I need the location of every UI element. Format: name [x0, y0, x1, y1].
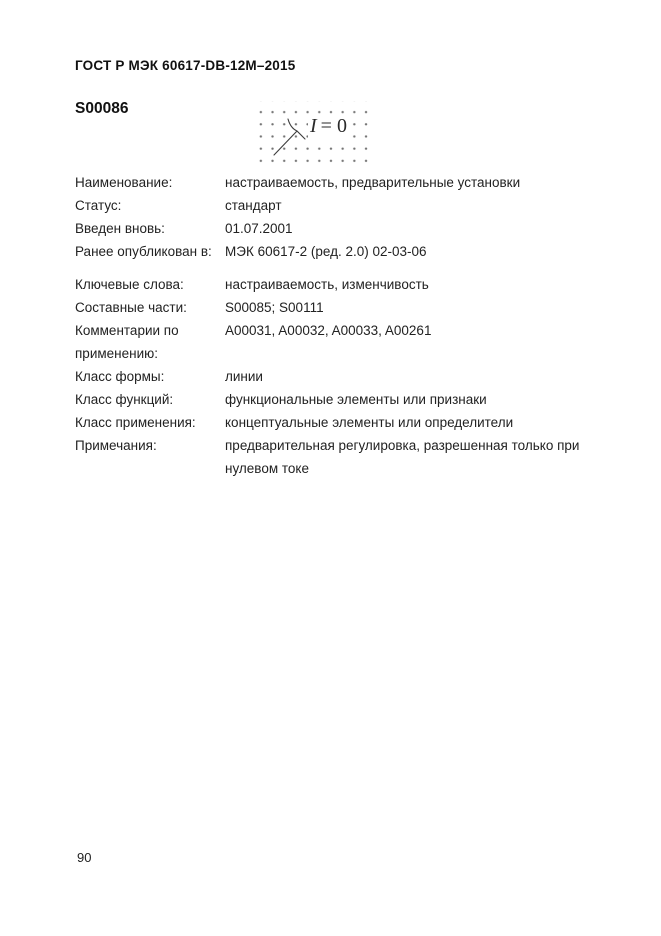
field-label: Ключевые слова: — [75, 273, 225, 296]
table-row: Комментарии по применению: A00031, A0003… — [75, 319, 587, 365]
field-label: Статус: — [75, 194, 225, 217]
table-row: Составные части: S00085; S00111 — [75, 296, 587, 319]
properties-table: Наименование: настраиваемость, предварит… — [75, 171, 587, 480]
field-value: 01.07.2001 — [225, 217, 583, 240]
condition-value: = 0 — [321, 115, 347, 137]
field-label: Класс применения: — [75, 411, 225, 434]
field-label: Примечания: — [75, 434, 225, 480]
table-row: Ключевые слова: настраиваемость, изменчи… — [75, 273, 587, 296]
table-row: Примечания: предварительная регулировка,… — [75, 434, 587, 480]
field-value: A00031, A00032, A00033, A00261 — [225, 319, 583, 365]
table-row: Класс функций: функциональные элементы и… — [75, 388, 587, 411]
field-value: стандарт — [225, 194, 583, 217]
document-header: ГОСТ Р МЭК 60617-DB-12М–2015 — [75, 58, 295, 73]
field-label: Класс формы: — [75, 365, 225, 388]
field-value: настраиваемость, изменчивость — [225, 273, 583, 296]
table-row: Введен вновь: 01.07.2001 — [75, 217, 587, 240]
symbol-figure: I= 0 — [252, 101, 372, 169]
field-label: Введен вновь: — [75, 217, 225, 240]
field-value: линии — [225, 365, 583, 388]
field-label: Класс функций: — [75, 388, 225, 411]
table-row: Ранее опубликован в: МЭК 60617-2 (ред. 2… — [75, 240, 587, 263]
symbol-condition-label: I= 0 — [308, 114, 349, 138]
field-value: функциональные элементы или признаки — [225, 388, 583, 411]
field-value: S00085; S00111 — [225, 296, 583, 319]
table-row: Наименование: настраиваемость, предварит… — [75, 171, 587, 194]
field-label: Наименование: — [75, 171, 225, 194]
table-row: Статус: стандарт — [75, 194, 587, 217]
current-variable: I — [310, 115, 317, 137]
field-label: Ранее опубликован в: — [75, 240, 225, 263]
field-label: Составные части: — [75, 296, 225, 319]
page-number: 90 — [77, 850, 91, 865]
table-row: Класс применения: концептуальные элемент… — [75, 411, 587, 434]
field-label: Комментарии по применению: — [75, 319, 225, 365]
symbol-id: S00086 — [75, 100, 128, 118]
field-value: предварительная регулировка, разрешенная… — [225, 434, 583, 480]
field-value: концептуальные элементы или определители — [225, 411, 583, 434]
document-page: ГОСТ Р МЭК 60617-DB-12М–2015 S00086 I= 0… — [0, 0, 661, 936]
field-value: настраиваемость, предварительные установ… — [225, 171, 583, 194]
table-row: Класс формы: линии — [75, 365, 587, 388]
field-value: МЭК 60617-2 (ред. 2.0) 02-03-06 — [225, 240, 583, 263]
